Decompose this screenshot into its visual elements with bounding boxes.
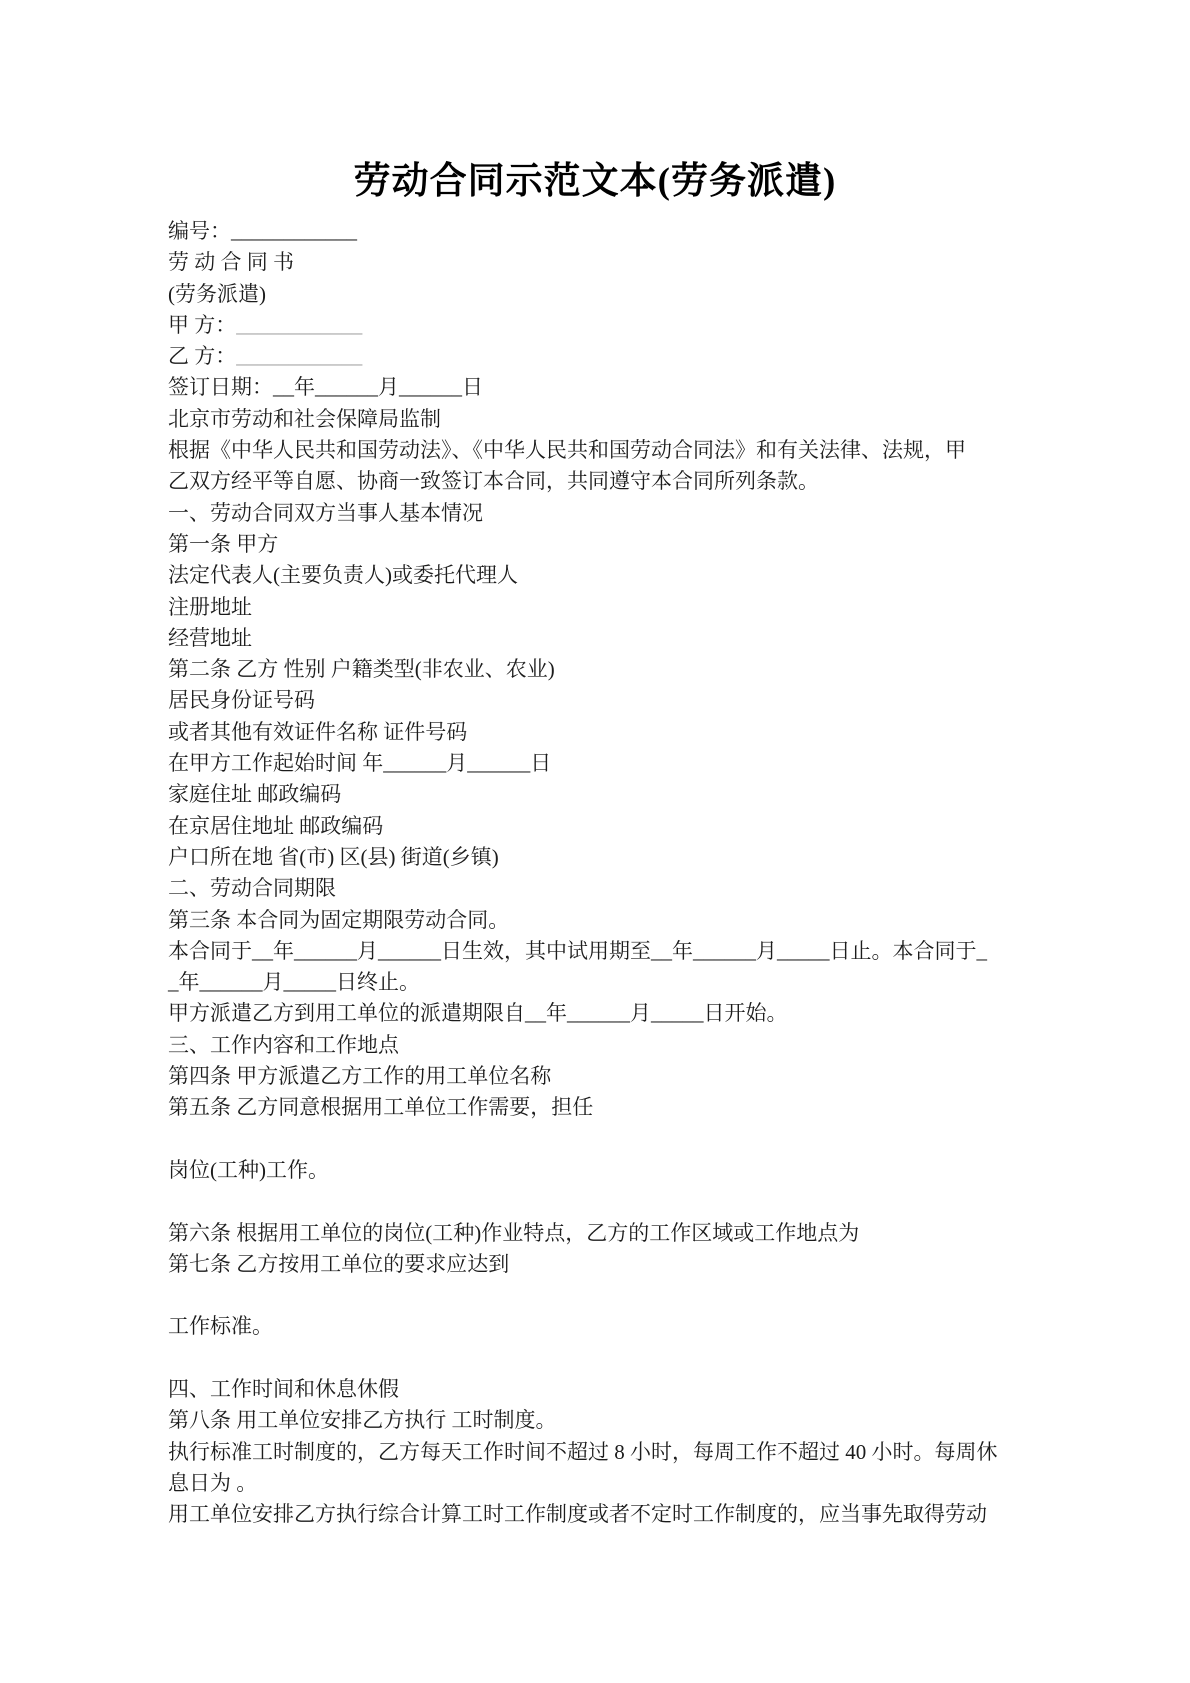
- text-line: 签订日期：__年______月______日: [168, 372, 1022, 403]
- text-segment: 第六条 根据用工单位的岗位(工种)作业特点，乙方的工作区域或工作地点为: [168, 1221, 859, 1245]
- text-segment: 第三条 本合同为固定期限劳动合同。: [168, 908, 509, 932]
- text-line: 甲方派遣乙方到用工单位的派遣期限自__年______月_____日开始。: [168, 998, 1022, 1029]
- text-line: 工作标准。: [168, 1311, 1022, 1342]
- text-line: 二、劳动合同期限: [168, 873, 1022, 904]
- text-segment: 在京居住地址 邮政编码: [168, 814, 383, 838]
- text-line: 乙双方经平等自愿、协商一致签订本合同，共同遵守本合同所列条款。: [168, 466, 1022, 497]
- text-line: 甲 方：____________: [168, 310, 1022, 341]
- text-segment: 根据《中华人民共和国劳动法》、《中华人民共和国劳动合同法》和有关法律、法规，甲: [168, 438, 966, 462]
- text-segment: 家庭住址 邮政编码: [168, 782, 341, 806]
- text-segment: 北京市劳动和社会保障局监制: [168, 407, 441, 431]
- text-segment: 劳 动 合 同 书: [168, 250, 294, 274]
- text-line: 第一条 甲方: [168, 529, 1022, 560]
- text-line: 在京居住地址 邮政编码: [168, 811, 1022, 842]
- text-line: 编号：____________: [168, 216, 1022, 247]
- text-line: 注册地址: [168, 592, 1022, 623]
- text-segment: 居民身份证号码: [168, 688, 315, 712]
- text-segment: 四、工作时间和休息休假: [168, 1377, 399, 1401]
- text-line: 法定代表人(主要负责人)或委托代理人: [168, 560, 1022, 591]
- text-segment: 第四条 甲方派遣乙方工作的用工单位名称: [168, 1064, 551, 1088]
- text-segment: 岗位(工种)工作。: [168, 1158, 329, 1182]
- text-line: _年______月_____日终止。: [168, 967, 1022, 998]
- text-segment: 签订日期：__年______月______日: [168, 375, 483, 399]
- document-page: 劳动合同示范文本(劳务派遣) 编号：____________劳 动 合 同 书(…: [0, 0, 1190, 1683]
- text-segment: 注册地址: [168, 595, 252, 619]
- text-segment: 本合同于__年______月______日生效，其中试用期至__年______月…: [168, 939, 987, 963]
- text-segment: 第七条 乙方按用工单位的要求应达到: [168, 1252, 509, 1276]
- text-line: 四、工作时间和休息休假: [168, 1374, 1022, 1405]
- text-segment: 用工单位安排乙方执行综合计算工时工作制度或者不定时工作制度的，应当事先取得劳动: [168, 1502, 987, 1526]
- text-line: [168, 1343, 1022, 1374]
- text-segment: 甲方派遣乙方到用工单位的派遣期限自__年______月_____日开始。: [168, 1001, 788, 1025]
- text-segment: 或者其他有效证件名称 证件号码: [168, 720, 467, 744]
- text-line: 执行标准工时制度的，乙方每天工作时间不超过 8 小时，每周工作不超过 40 小时…: [168, 1437, 1022, 1468]
- text-line: 第八条 用工单位安排乙方执行 工时制度。: [168, 1405, 1022, 1436]
- text-line: 或者其他有效证件名称 证件号码: [168, 717, 1022, 748]
- text-line: 劳 动 合 同 书: [168, 247, 1022, 278]
- text-segment: ____________: [236, 344, 362, 368]
- text-line: 第四条 甲方派遣乙方工作的用工单位名称: [168, 1061, 1022, 1092]
- text-segment: 第五条 乙方同意根据用工单位工作需要，担任: [168, 1095, 593, 1119]
- text-line: 一、劳动合同双方当事人基本情况: [168, 498, 1022, 529]
- text-line: 经营地址: [168, 623, 1022, 654]
- text-line: 居民身份证号码: [168, 685, 1022, 716]
- text-line: 息日为 。: [168, 1468, 1022, 1499]
- text-line: (劳务派遣): [168, 279, 1022, 310]
- text-line: 家庭住址 邮政编码: [168, 779, 1022, 810]
- text-line: 第二条 乙方 性别 户籍类型(非农业、农业): [168, 654, 1022, 685]
- text-line: 岗位(工种)工作。: [168, 1155, 1022, 1186]
- text-line: 在甲方工作起始时间 年______月______日: [168, 748, 1022, 779]
- text-segment: 执行标准工时制度的，乙方每天工作时间不超过 8 小时，每周工作不超过 40 小时…: [168, 1440, 998, 1464]
- text-line: 三、工作内容和工作地点: [168, 1030, 1022, 1061]
- text-line: 第三条 本合同为固定期限劳动合同。: [168, 905, 1022, 936]
- text-segment: ____________: [236, 313, 362, 337]
- text-line: [168, 1124, 1022, 1155]
- text-line: 第七条 乙方按用工单位的要求应达到: [168, 1249, 1022, 1280]
- document-body: 编号：____________劳 动 合 同 书(劳务派遣)甲 方：______…: [0, 216, 1190, 1530]
- text-line: 户口所在地 省(市) 区(县) 街道(乡镇): [168, 842, 1022, 873]
- text-segment: _年______月_____日终止。: [168, 970, 420, 994]
- document-title: 劳动合同示范文本(劳务派遣): [0, 0, 1190, 204]
- text-segment: 第二条 乙方 性别 户籍类型(非农业、农业): [168, 657, 555, 681]
- text-line: 根据《中华人民共和国劳动法》、《中华人民共和国劳动合同法》和有关法律、法规，甲: [168, 435, 1022, 466]
- text-segment: 三、工作内容和工作地点: [168, 1033, 399, 1057]
- text-line: [168, 1186, 1022, 1217]
- text-segment: (劳务派遣): [168, 282, 266, 306]
- text-segment: 工作标准。: [168, 1314, 273, 1338]
- text-segment: 乙双方经平等自愿、协商一致签订本合同，共同遵守本合同所列条款。: [168, 469, 819, 493]
- text-line: 第五条 乙方同意根据用工单位工作需要，担任: [168, 1092, 1022, 1123]
- text-segment: 经营地址: [168, 626, 252, 650]
- text-segment: 甲 方：: [168, 313, 236, 337]
- text-segment: 息日为 。: [168, 1471, 257, 1495]
- text-segment: 二、劳动合同期限: [168, 876, 336, 900]
- text-segment: 乙 方：: [168, 344, 236, 368]
- text-line: 本合同于__年______月______日生效，其中试用期至__年______月…: [168, 936, 1022, 967]
- text-line: 第六条 根据用工单位的岗位(工种)作业特点，乙方的工作区域或工作地点为: [168, 1218, 1022, 1249]
- text-line: 北京市劳动和社会保障局监制: [168, 404, 1022, 435]
- text-line: [168, 1280, 1022, 1311]
- text-segment: 法定代表人(主要负责人)或委托代理人: [168, 563, 518, 587]
- text-segment: 户口所在地 省(市) 区(县) 街道(乡镇): [168, 845, 499, 869]
- text-line: 乙 方：____________: [168, 341, 1022, 372]
- text-segment: 一、劳动合同双方当事人基本情况: [168, 501, 483, 525]
- text-segment: 第一条 甲方: [168, 532, 278, 556]
- text-line: 用工单位安排乙方执行综合计算工时工作制度或者不定时工作制度的，应当事先取得劳动: [168, 1499, 1022, 1530]
- text-segment: 在甲方工作起始时间 年______月______日: [168, 751, 551, 775]
- text-segment: 第八条 用工单位安排乙方执行 工时制度。: [168, 1408, 557, 1432]
- text-segment: 编号：____________: [168, 219, 357, 243]
